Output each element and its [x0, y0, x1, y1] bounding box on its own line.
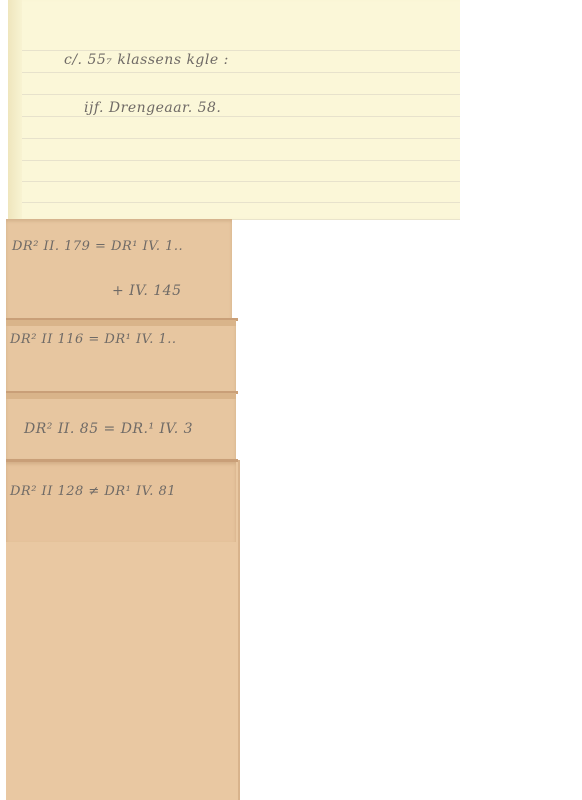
envelope-1-line-1: DR² II. 179 = DR¹ IV. 1.. — [12, 239, 183, 254]
ruled-line — [22, 94, 460, 95]
envelope-3-line-1: DR² II. 85 = DR.¹ IV. 3 — [24, 421, 193, 437]
envelope-4: DR² II 128 ≠ DR¹ IV. 81 — [6, 462, 236, 542]
ruled-line — [22, 72, 460, 73]
card-line-2: ijf. Drengeaar. 58. — [84, 100, 221, 116]
envelope-2-line-1: DR² II 116 = DR¹ IV. 1.. — [10, 332, 177, 347]
ruled-line — [22, 181, 460, 182]
card-line-1: c/. 55₇ klassens kgle : — [64, 52, 229, 68]
envelope-1-line-2: + IV. 145 — [112, 283, 182, 299]
envelope-2: DR² II 116 = DR¹ IV. 1.. — [6, 320, 236, 392]
card-edge — [8, 0, 22, 219]
ruled-line — [22, 138, 460, 139]
lined-index-card: c/. 55₇ klassens kgle : ijf. Drengeaar. … — [8, 0, 460, 219]
ruled-line — [22, 202, 460, 203]
envelope-flap — [6, 393, 236, 399]
envelope-4-line-1: DR² II 128 ≠ DR¹ IV. 81 — [10, 484, 176, 499]
ruled-line — [22, 116, 460, 117]
ruled-line — [22, 160, 460, 161]
envelope-flap — [6, 320, 236, 326]
envelope-3: DR² II. 85 = DR.¹ IV. 3 — [6, 393, 236, 459]
ruled-line — [22, 50, 460, 51]
envelope-1: DR² II. 179 = DR¹ IV. 1.. + IV. 145 — [6, 219, 232, 319]
